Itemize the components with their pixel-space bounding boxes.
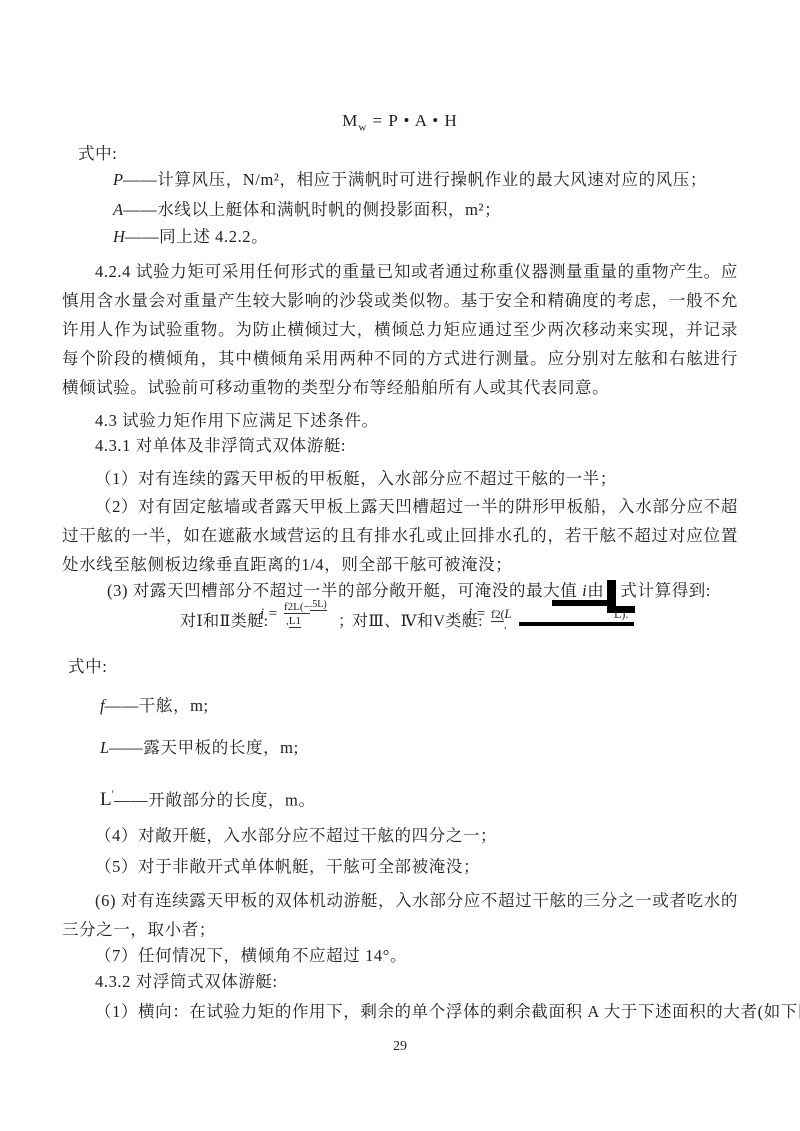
item-1: （1）对有连续的露天甲板的甲板艇，入水部分应不超过干舷的一半； — [62, 464, 738, 493]
definition-l-prime-symbol: L′ — [100, 789, 114, 810]
definition-f: f——干舷，m; — [62, 695, 776, 717]
formula2-comma: , — [504, 620, 507, 631]
page-number: 29 — [0, 1032, 800, 1061]
definition-h-text: ——同上述 4.2.2。 — [125, 227, 268, 246]
formula1-denominator: L1 — [289, 615, 301, 628]
where-label-2: 式中: — [62, 652, 744, 681]
formula1-i-equals: i = — [260, 606, 278, 623]
definition-l-symbol: L — [100, 738, 109, 757]
formula1-superscript: .5L) — [310, 599, 327, 611]
item-3-post: 式计算得到: — [620, 581, 711, 600]
formula2-l-variable: L — [504, 606, 511, 621]
definition-a-text: ——水线以上艇体和满帆时帆的侧投影面积，m²； — [123, 200, 501, 219]
clause-4-3-2: 4.3.2 对浮筒式双体游艇: — [62, 967, 738, 996]
definition-l-prime-text: ——开敞部分的长度，m。 — [114, 790, 316, 809]
definition-p-symbol: P — [113, 170, 123, 189]
definition-a-symbol: A — [113, 200, 123, 219]
formula-row: 对Ⅰ和Ⅱ类艇: i = f2L(−.5L) ,L1 ； 对Ⅲ、Ⅳ和V类艇: i … — [0, 600, 800, 636]
item-2: （2）对有固定舷墙或者露天甲板上露天凹槽超过一半的阱形甲板船，入水部分应不超过干… — [62, 492, 738, 579]
item-6: (6) 对有连续露天甲板的双体机动游艇，入水部分应不超过干舷的三分之一或者吃水的… — [62, 886, 738, 944]
formula2-prefix: f2(L — [491, 606, 512, 622]
definition-f-text: ——干舷，m; — [105, 696, 209, 715]
formula-class12-label: 对Ⅰ和Ⅱ类艇: — [180, 608, 268, 631]
item-7: （7）任何情况下，横倾角不应超过 14°。 — [62, 941, 738, 970]
formula-artifact-mid-bar — [552, 600, 612, 606]
formula2-i-equals: i = — [468, 606, 486, 623]
clause-4-3-1: 4.3.1 对单体及非浮筒式双体游艇: — [62, 431, 738, 460]
item-3-pre: (3) 对露天凹槽部分不超过一半的部分敞开艇，可淹没的最大值 — [107, 581, 582, 600]
definition-a: A——水线以上艇体和满帆时帆的侧投影面积，m²； — [62, 199, 789, 221]
definition-l: L——露天甲板的长度，m; — [62, 737, 776, 759]
item-3-mid: 由 — [587, 581, 604, 600]
paragraph-4-2-4: 4.2.4 试验力矩可采用任何形式的重量已知或者通过称重仪器测量重量的重物产生。… — [62, 257, 738, 402]
formula1-numerator: f2L(− — [284, 601, 310, 614]
formula-mw-rest: = P • A • H — [373, 111, 458, 130]
formula-class345-label: 对Ⅲ、Ⅳ和V类艇: — [352, 608, 483, 631]
formula-artifact-long-line — [519, 622, 634, 626]
definition-l-text: ——露天甲板的长度，m; — [109, 738, 299, 757]
definition-p-text: ——计算风压，N/m²，相应于满帆时可进行操帆作业的最大风速对应的风压； — [123, 170, 707, 189]
definition-l-prime: L′——开敞部分的长度，m。 — [62, 784, 776, 811]
item-4: （4）对敞开艇，入水部分应不超过干舷的四分之一； — [62, 821, 738, 850]
definition-h-symbol: H — [113, 227, 125, 246]
formula-mw: Mw = P • A • H — [0, 106, 800, 142]
formula-mw-sub: w — [358, 121, 367, 133]
where-label-1: 式中: — [62, 139, 754, 168]
definition-h: H——同上述 4.2.2。 — [62, 226, 789, 248]
item-5: （5）对于非敞开式单体帆艇，干舷可全部被淹没； — [62, 852, 738, 881]
item-1-lateral: （1）横向：在试验力矩的作用下，剩余的单个浮体的剩余截面积 A 大于下述面积的大… — [62, 997, 738, 1026]
formula-mw-base: M — [342, 111, 358, 130]
document-page: Mw = P • A • H 式中: P——计算风压，N/m²，相应于满帆时可进… — [0, 0, 800, 1131]
formula-artifact-big-l — [604, 580, 620, 598]
definition-p: P——计算风压，N/m²，相应于满帆时可进行操帆作业的最大风速对应的风压； — [62, 169, 789, 191]
formula2-tail: L). — [614, 607, 628, 622]
